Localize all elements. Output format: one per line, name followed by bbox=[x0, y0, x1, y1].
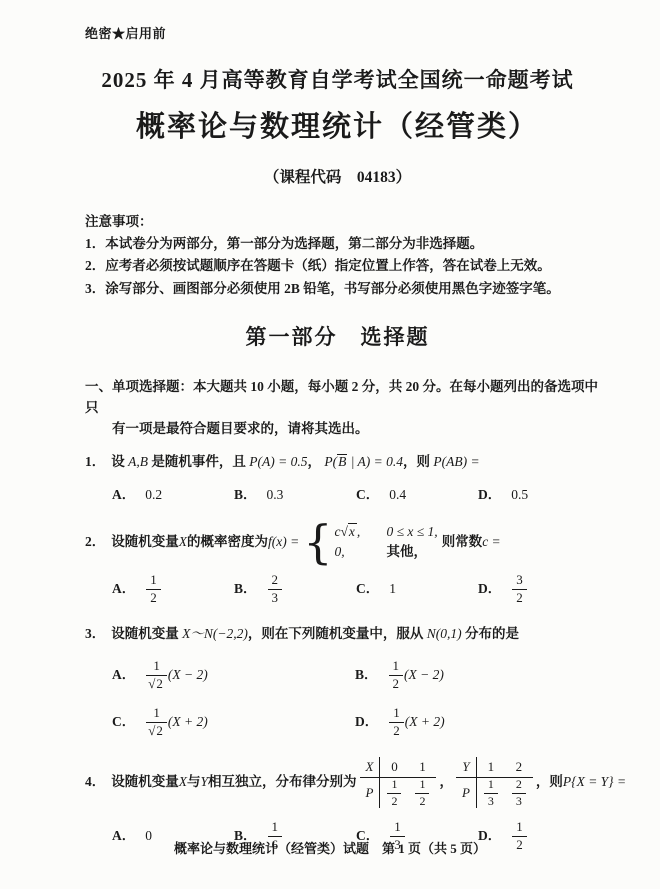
question-3-options-row-1: A．1√2(X − 2) B．12(X − 2) bbox=[85, 659, 602, 692]
piecewise-function: { c√x,0 ≤ x ≤ 1, 0,其他， bbox=[303, 522, 437, 563]
dist-y-var: Y bbox=[456, 757, 476, 778]
q1-text: 是随机事件，且 bbox=[148, 454, 249, 469]
option-3d-fraction: 12 bbox=[389, 706, 404, 739]
fraction-denominator: 3 bbox=[268, 590, 283, 606]
exam-paper-page: 绝密★启用前 2025 年 4 月高等教育自学考试全国统一命题考试 概率论与数理… bbox=[0, 0, 660, 889]
pw-expr-2: 0, bbox=[335, 542, 387, 562]
fraction-numerator: 1 bbox=[484, 778, 498, 794]
fraction-denominator: 2 bbox=[415, 794, 429, 809]
option-2b-fraction: 23 bbox=[268, 573, 283, 606]
question-1-number: 1． bbox=[85, 454, 105, 469]
option-1a: A．0.2 bbox=[112, 485, 234, 506]
fraction-numerator: 1 bbox=[146, 659, 167, 676]
note-item-3: 3．涂写部分、画图部分必须使用 2B 铅笔，书写部分必须使用黑色字迹签字笔。 bbox=[85, 278, 602, 301]
dist-y-p: P bbox=[456, 777, 476, 808]
q1-text: ， bbox=[307, 454, 324, 469]
option-2c-label: C． bbox=[356, 579, 379, 600]
pw-comma: , bbox=[357, 524, 360, 539]
q4-comma: ， bbox=[439, 772, 453, 793]
question-3: 3．设随机变量 X～N(−2,2)，则在下列随机变量中，服从 N(0,1) 分布… bbox=[85, 624, 602, 739]
fraction-denominator: 2 bbox=[146, 590, 161, 606]
q2-text: 设随机变量 bbox=[111, 532, 179, 553]
q1-math-ab: A,B bbox=[128, 454, 148, 469]
dist-y-p1: 13 bbox=[476, 777, 505, 808]
q4-text: 相互独立，分布律分别为 bbox=[208, 772, 357, 793]
instruction-line-1: 一、单项选择题：本大题共 10 小题，每小题 2 分，共 20 分。在每小题列出… bbox=[85, 377, 602, 419]
option-2d-label: D． bbox=[478, 579, 501, 600]
sqrt-symbol: √ bbox=[341, 524, 348, 539]
option-3c-label: C． bbox=[112, 712, 135, 733]
question-2-options: A．12 B．23 C．1 D．32 bbox=[85, 573, 602, 606]
note-item-2: 2．应考者必须按试题顺序在答题卡（纸）指定位置上作答，答在试卷上无效。 bbox=[85, 255, 602, 278]
fraction-denominator: 2 bbox=[389, 723, 404, 739]
q4-text: 与 bbox=[187, 772, 201, 793]
option-2d-fraction: 32 bbox=[512, 573, 527, 606]
option-2c-value: 1 bbox=[389, 579, 396, 600]
page-footer: 概率论与数理统计（经管类）试题 第 1 页（共 5 页） bbox=[0, 839, 660, 859]
piecewise-row-2: 0,其他， bbox=[335, 542, 438, 562]
question-3-stem: 3．设随机变量 X～N(−2,2)，则在下列随机变量中，服从 N(0,1) 分布… bbox=[85, 624, 602, 645]
fraction-denominator: √2 bbox=[146, 723, 167, 739]
question-1-options: A．0.2 B．0.3 C．0.4 D．0.5 bbox=[85, 485, 602, 506]
option-3a-fraction: 1√2 bbox=[146, 659, 167, 692]
q3-math-n01: N(0,1) bbox=[427, 626, 462, 641]
option-2a-fraction: 12 bbox=[146, 573, 161, 606]
q3-math-xn: X～N(−2,2) bbox=[182, 626, 248, 641]
fraction-numerator: 3 bbox=[512, 573, 527, 590]
sqrt-radicand: 2 bbox=[155, 675, 165, 691]
dist-x-prob-row: P1212 bbox=[360, 777, 437, 808]
pw-cond-1: 0 ≤ x ≤ 1, bbox=[387, 522, 438, 542]
fraction-numerator: 1 bbox=[146, 706, 167, 723]
option-3b-label: B． bbox=[355, 665, 378, 686]
subject-title: 概率论与数理统计（经管类） bbox=[73, 105, 602, 150]
piecewise-rows: c√x,0 ≤ x ≤ 1, 0,其他， bbox=[335, 522, 438, 563]
fraction-numerator: 1 bbox=[268, 820, 283, 837]
question-2-stem: 2．设随机变量 X 的概率密度为 f(x) = { c√x,0 ≤ x ≤ 1,… bbox=[85, 522, 602, 563]
fraction-numerator: 1 bbox=[387, 778, 401, 794]
option-2b-label: B． bbox=[234, 579, 257, 600]
q2-math-fx: f(x) = bbox=[268, 532, 299, 553]
dist-x-val-2: 1 bbox=[408, 757, 436, 778]
dist-y-p2: 23 bbox=[505, 777, 533, 808]
dist-x-p2: 12 bbox=[408, 777, 436, 808]
dist-y-val-1: 1 bbox=[476, 757, 505, 778]
option-3a-label: A． bbox=[112, 665, 135, 686]
option-3d-tail: (X + 2) bbox=[405, 712, 445, 733]
course-code: （课程代码 04183） bbox=[73, 166, 602, 190]
pw-cond-2: 其他， bbox=[387, 542, 428, 562]
pw-expr-1: c√x, bbox=[335, 522, 387, 542]
piecewise-row-1: c√x,0 ≤ x ≤ 1, bbox=[335, 522, 438, 542]
question-2: 2．设随机变量 X 的概率密度为 f(x) = { c√x,0 ≤ x ≤ 1,… bbox=[85, 522, 602, 606]
option-3b-fraction: 12 bbox=[389, 659, 404, 692]
fraction-numerator: 1 bbox=[389, 706, 404, 723]
q4-text: 设随机变量 bbox=[111, 772, 179, 793]
fraction-denominator: 2 bbox=[387, 794, 401, 809]
dist-x-p1: 12 bbox=[380, 777, 409, 808]
q1-b-overline: B bbox=[337, 454, 347, 469]
instruction-line-2: 有一项是最符合题目要求的，请将其选出。 bbox=[85, 419, 602, 440]
option-2b: B．23 bbox=[234, 573, 356, 606]
q1-math-pab: P(AB) = bbox=[433, 454, 479, 469]
option-1b: B．0.3 bbox=[234, 485, 356, 506]
dist-x-val-1: 0 bbox=[380, 757, 409, 778]
q1-math-pa: P(A) = 0.5 bbox=[249, 454, 307, 469]
option-3c-fraction: 1√2 bbox=[146, 706, 167, 739]
option-1d-label: D． bbox=[478, 485, 501, 506]
option-2a-label: A． bbox=[112, 579, 135, 600]
fraction-denominator: 2 bbox=[389, 676, 404, 692]
question-3-options-row-2: C．1√2(X + 2) D．12(X + 2) bbox=[85, 706, 602, 739]
question-2-number: 2． bbox=[85, 532, 105, 553]
q2-text: 则常数 bbox=[442, 532, 483, 553]
option-1c-value: 0.4 bbox=[389, 485, 406, 506]
notes-heading: 注意事项： bbox=[85, 212, 602, 233]
dist-x-header-row: X01 bbox=[360, 757, 437, 778]
option-1a-value: 0.2 bbox=[145, 485, 162, 506]
dist-x-p: P bbox=[360, 777, 380, 808]
q1-math-pbbar: P(B | A) = 0.4 bbox=[324, 454, 403, 469]
part1-heading: 第一部分 选择题 bbox=[73, 321, 602, 354]
option-2c: C．1 bbox=[356, 579, 478, 600]
fraction-numerator: 1 bbox=[415, 778, 429, 794]
option-3b-tail: (X − 2) bbox=[404, 665, 444, 686]
q1-text: 设 bbox=[111, 454, 128, 469]
q2-math-x: X bbox=[179, 532, 187, 553]
option-1a-label: A． bbox=[112, 485, 135, 506]
fraction-numerator: 2 bbox=[268, 573, 283, 590]
option-3c: C．1√2(X + 2) bbox=[112, 706, 355, 739]
fraction-numerator: 1 bbox=[390, 820, 405, 837]
notes-section: 注意事项： 1．本试卷分为两部分，第一部分为选择题，第二部分为非选择题。 2．应… bbox=[85, 212, 602, 301]
option-3c-tail: (X + 2) bbox=[168, 712, 208, 733]
fraction-numerator: 1 bbox=[389, 659, 404, 676]
fraction-denominator: 3 bbox=[512, 794, 526, 809]
question-1-stem: 1．设 A,B 是随机事件，且 P(A) = 0.5， P(B | A) = 0… bbox=[85, 452, 602, 473]
dist-y-val-2: 2 bbox=[505, 757, 533, 778]
option-1d: D．0.5 bbox=[478, 485, 528, 506]
option-1c-label: C． bbox=[356, 485, 379, 506]
option-3a: A．1√2(X − 2) bbox=[112, 659, 355, 692]
dist-y-header-row: Y12 bbox=[456, 757, 533, 778]
option-1b-value: 0.3 bbox=[267, 485, 284, 506]
option-3b: B．12(X − 2) bbox=[355, 659, 598, 692]
q3-text: 设随机变量 bbox=[111, 626, 182, 641]
option-2a: A．12 bbox=[112, 573, 234, 606]
fraction-denominator: 3 bbox=[484, 794, 498, 809]
question-1: 1．设 A,B 是随机事件，且 P(A) = 0.5， P(B | A) = 0… bbox=[85, 452, 602, 506]
option-3a-tail: (X − 2) bbox=[168, 665, 208, 686]
section1-instruction: 一、单项选择题：本大题共 10 小题，每小题 2 分，共 20 分。在每小题列出… bbox=[85, 377, 602, 440]
q2-math-c: c = bbox=[482, 532, 500, 553]
question-3-number: 3． bbox=[85, 626, 105, 641]
q4-math-pxy: P{X = Y} = bbox=[563, 772, 626, 793]
fraction-numerator: 1 bbox=[146, 573, 161, 590]
fraction-denominator: √2 bbox=[146, 676, 167, 692]
question-4-number: 4． bbox=[85, 772, 105, 793]
sqrt-radicand: x bbox=[348, 523, 357, 539]
fraction-numerator: 1 bbox=[512, 820, 527, 837]
dist-x-var: X bbox=[360, 757, 380, 778]
left-brace: { bbox=[303, 522, 332, 563]
q1-math-close: | A) = 0.4 bbox=[347, 454, 403, 469]
option-1c: C．0.4 bbox=[356, 485, 478, 506]
option-3d: D．12(X + 2) bbox=[355, 706, 598, 739]
q4-math-x: X bbox=[179, 772, 187, 793]
q1-text: ，则 bbox=[403, 454, 433, 469]
q4-text: ，则 bbox=[536, 772, 563, 793]
security-classification: 绝密★启用前 bbox=[85, 24, 602, 44]
q2-text: 的概率密度为 bbox=[187, 532, 268, 553]
distribution-table-y: Y12 P1323 bbox=[456, 757, 533, 809]
q3-text: ，则在下列随机变量中，服从 bbox=[248, 626, 427, 641]
sqrt-radicand: 2 bbox=[155, 722, 165, 738]
exam-session-title: 2025 年 4 月高等教育自学考试全国统一命题考试 bbox=[73, 64, 602, 97]
option-3d-label: D． bbox=[355, 712, 378, 733]
dist-y-prob-row: P1323 bbox=[456, 777, 533, 808]
option-1b-label: B． bbox=[234, 485, 257, 506]
option-1d-value: 0.5 bbox=[511, 485, 528, 506]
note-item-1: 1．本试卷分为两部分，第一部分为选择题，第二部分为非选择题。 bbox=[85, 233, 602, 256]
q1-math-open: P( bbox=[324, 454, 337, 469]
option-2d: D．32 bbox=[478, 573, 528, 606]
q3-text: 分布的是 bbox=[462, 626, 519, 641]
question-4-stem: 4．设随机变量 X 与 Y 相互独立，分布律分别为 X01 P1212 ， Y1… bbox=[85, 757, 602, 809]
distribution-table-x: X01 P1212 bbox=[360, 757, 437, 809]
fraction-numerator: 2 bbox=[512, 778, 526, 794]
q4-math-y: Y bbox=[201, 772, 209, 793]
fraction-denominator: 2 bbox=[512, 590, 527, 606]
